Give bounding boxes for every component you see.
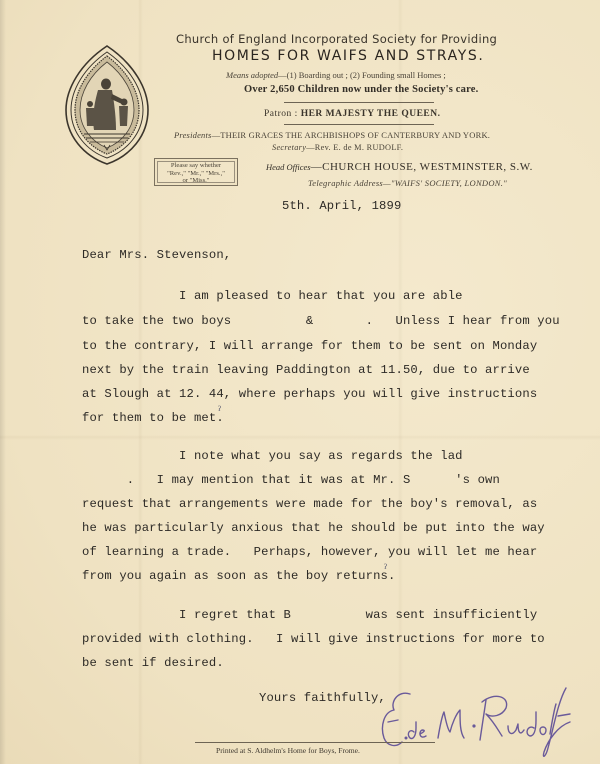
body-line: at Slough at 12. 44, where perhaps you w… [82,387,537,401]
body-line: to take the two boys & . Unless I hear f… [82,314,560,328]
divider [284,102,434,103]
closing: Yours faithfully, [259,691,386,705]
patron-text: HER MAJESTY THE QUEEN. [301,109,441,119]
patron-label: Patron : [264,109,298,119]
secretary-line: Secretary—Rev. E. de M. RUDOLF. [272,143,403,152]
body-line: I regret that B was sent insufficiently [82,608,537,622]
body-line: . I may mention that it was at Mr. S 's … [82,473,500,487]
head-office-line: Head Offices—CHURCH HOUSE, WESTMINSTER, … [266,161,533,173]
body-line: he was particularly anxious that he shou… [82,521,545,535]
handwritten-signature-icon [370,682,575,764]
presidents-line: Presidents—THEIR GRACES THE ARCHBISHOPS … [174,130,490,140]
body-line: to the contrary, I will arrange for them… [82,339,537,353]
society-mission-heading: HOMES FOR WAIFS AND STRAYS. [212,48,484,64]
body-line: provided with clothing. I will give inst… [82,632,545,646]
body-line: next by the train leaving Paddington at … [82,363,530,377]
body-line: I am pleased to hear that you are able [82,289,463,303]
office-label: Head Offices [266,162,311,172]
salutation: Dear Mrs. Stevenson, [82,248,231,262]
office-text: —CHURCH HOUSE, WESTMINSTER, S.W. [311,161,533,173]
title-box-line: Please say whether [155,162,237,170]
title-instruction-box: Please say whether "Rev.," "Mr.," "Mrs.,… [154,158,238,186]
presidents-text: —THEIR GRACES THE ARCHBISHOPS OF CANTERB… [212,130,491,140]
title-box-line: or "Miss." [155,177,237,185]
letter-date: 5th. April, 1899 [282,199,401,213]
children-count-line: Over 2,650 Children now under the Societ… [244,84,478,95]
telegraphic-label: Telegraphic Address [308,178,383,188]
title-box-line: "Rev.," "Mr.," "Mrs.," [155,170,237,178]
secretary-text: —Rev. E. de M. RUDOLF. [306,143,403,152]
means-adopted-line: Means adopted—(1) Boarding out ; (2) Fou… [226,70,446,80]
presidents-label: Presidents [174,130,212,140]
divider [284,124,434,125]
body-line: from you again as soon as the boy return… [82,569,395,583]
body-line: request that arrangements were made for … [82,497,537,511]
secretary-label: Secretary [272,143,306,152]
telegraphic-text: —"WAIFS' SOCIETY, LONDON." [383,178,507,188]
body-line: for them to be met. [82,411,224,425]
society-seal-icon [64,44,150,166]
pencil-mark-icon: ˀ [384,562,387,576]
society-name: Church of England Incorporated Society f… [176,32,497,46]
patron-line: Patron : HER MAJESTY THE QUEEN. [264,109,441,119]
body-line: I note what you say as regards the lad [82,449,463,463]
body-line: of learning a trade. Perhaps, however, y… [82,545,537,559]
telegraphic-address-line: Telegraphic Address—"WAIFS' SOCIETY, LON… [308,178,507,188]
printer-imprint: Printed at S. Aldhelm's Home for Boys, F… [216,746,360,755]
body-line: be sent if desired. [82,656,224,670]
footer-divider [195,742,435,743]
pencil-mark-icon: ˀ [218,404,221,418]
means-label: Means adopted [226,70,278,80]
means-text: —(1) Boarding out ; (2) Founding small H… [278,70,446,80]
